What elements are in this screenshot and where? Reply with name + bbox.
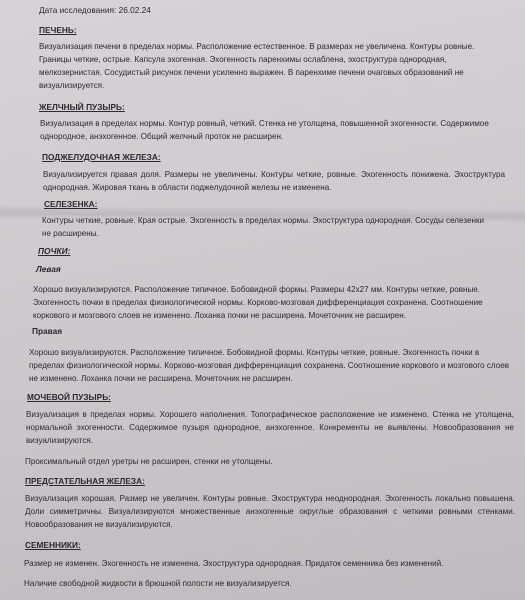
free-fluid-text: Наличие свободной жидкости в брюшной пол… [24,577,499,590]
left-kidney-text: Хорошо визуализируются. Расположение тип… [33,283,508,322]
pancreas-heading: ПОДЖЕЛУДОЧНАЯ ЖЕЛЕЗА: [42,152,161,162]
testes-text: Размер не изменен. Эхогенность не измене… [24,557,499,570]
right-kidney-label: Правая [32,326,62,336]
spleen-heading: СЕЛЕЗЕНКА: [44,199,97,209]
exam-date: Дата исследования: 26.02.24 [39,5,151,15]
left-kidney-label: Левая [36,264,61,274]
testes-heading: СЕМЕННИКИ: [25,540,81,550]
gallbladder-heading: ЖЕЛЧНЫЙ ПУЗЫРЬ: [39,102,125,112]
bladder-text: Визуализация в пределах нормы. Хорошего … [26,408,514,447]
liver-text: Визуализация печени в пределах нормы. Ра… [39,40,479,92]
ultrasound-report-page: Дата исследования: 26.02.24 ПЕЧЕНЬ: Визу… [0,0,525,600]
right-kidney-text: Хорошо визуализируются. Расположение тип… [29,346,511,385]
spleen-text: Контуры четкие, ровные. Края острые. Эхо… [42,214,492,240]
pancreas-text: Визуализируется правая доля. Размеры не … [43,168,505,194]
prostate-text: Визуализация хорошая. Размер не увеличен… [25,492,515,531]
gallbladder-text: Визуализация в пределах нормы. Контур ро… [40,117,508,143]
bladder-heading: МОЧЕВОЙ ПУЗЫРЬ: [27,392,111,402]
prostate-heading: ПРЕДСТАТЕЛЬНАЯ ЖЕЛЕЗА: [25,476,145,486]
urethra-text: Проксимальный отдел уретры не расширен, … [25,455,500,468]
liver-heading: ПЕЧЕНЬ: [39,25,77,35]
kidneys-heading: ПОЧКИ: [38,246,70,256]
